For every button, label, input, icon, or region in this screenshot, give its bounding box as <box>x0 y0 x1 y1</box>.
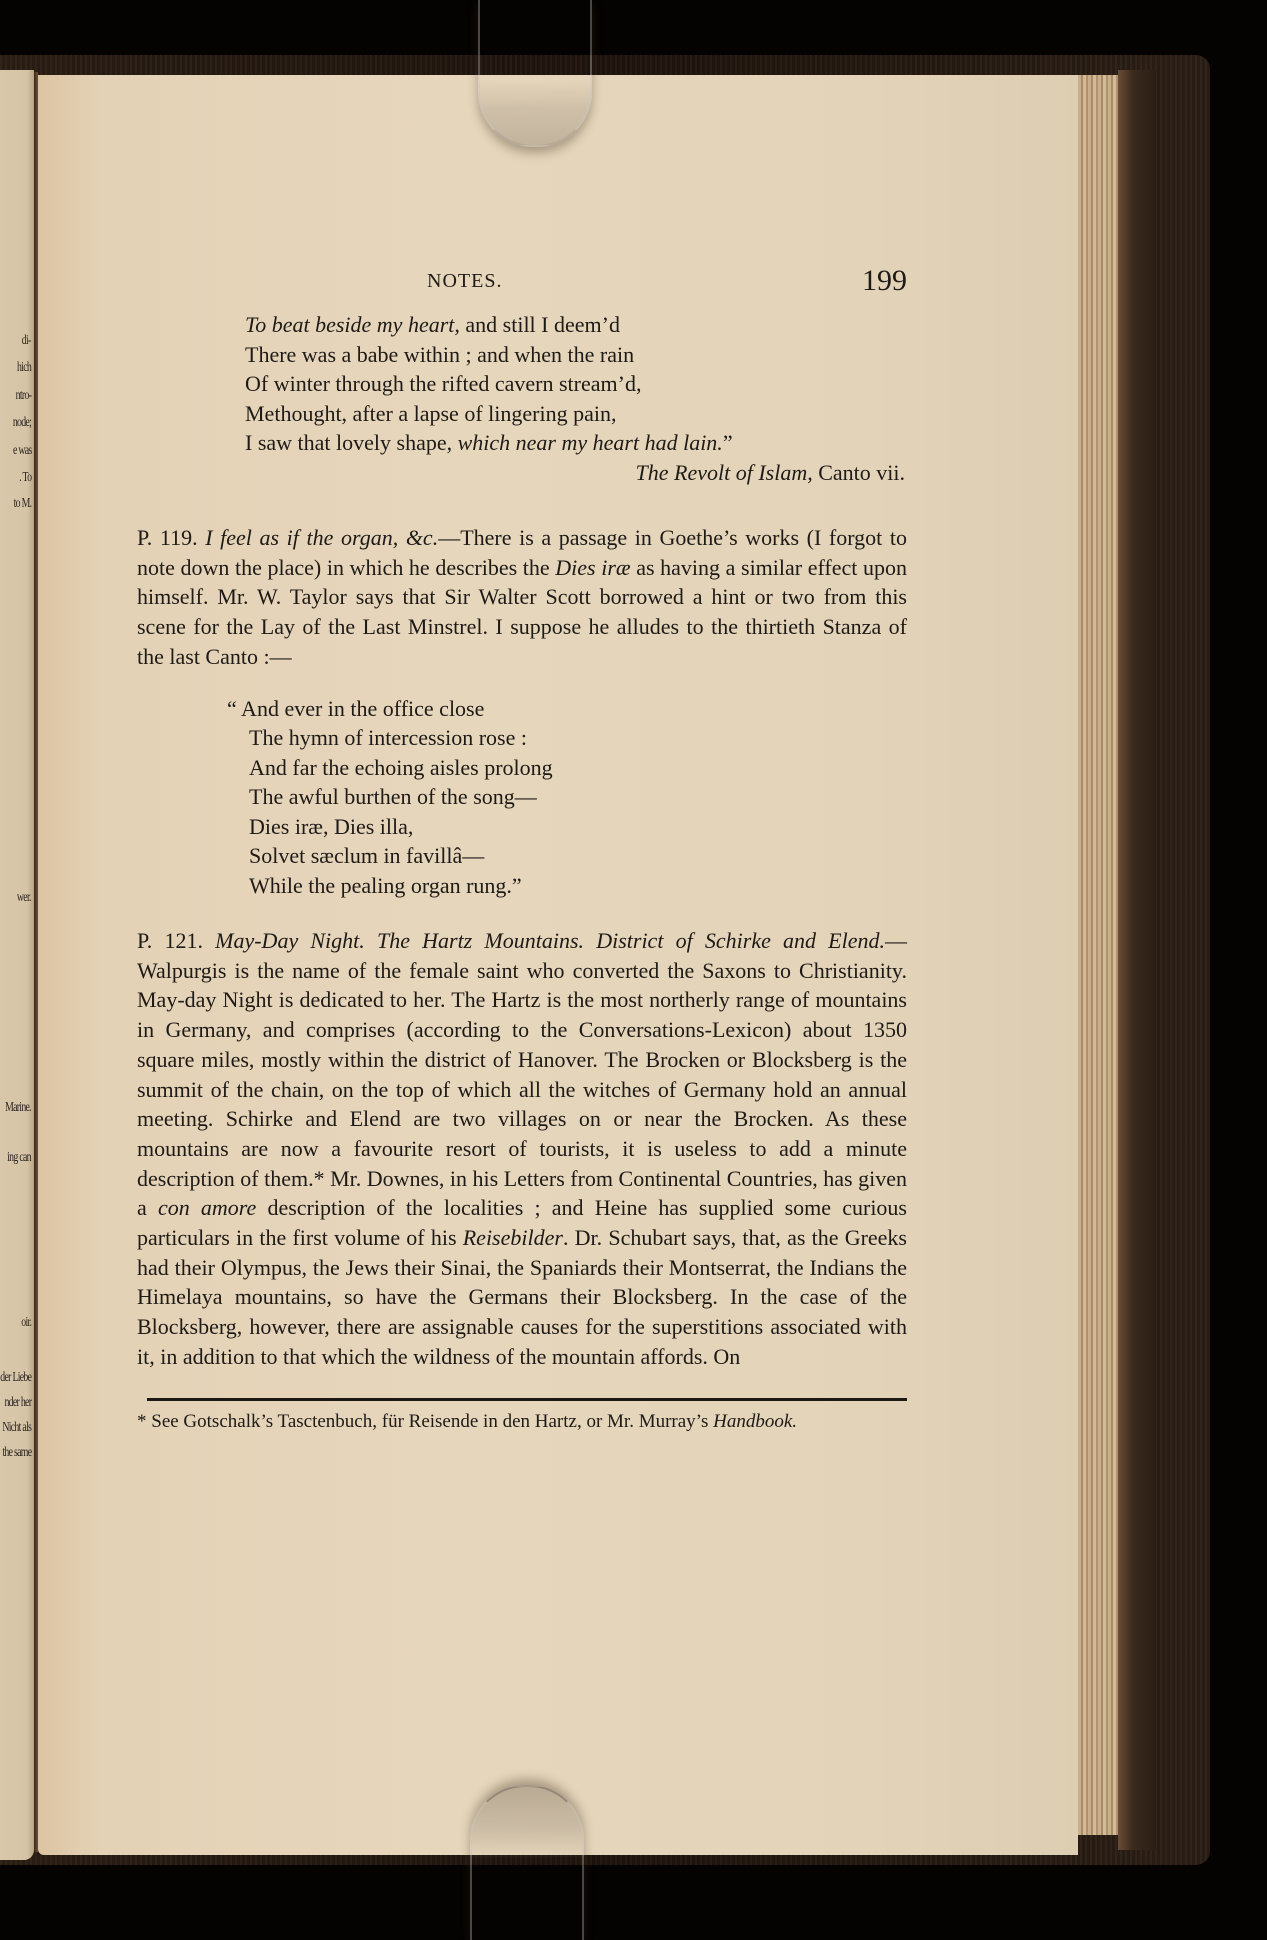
left-page-fragment: nder her <box>4 1395 31 1411</box>
verse-line: I saw that lovely shape, which near my h… <box>245 428 907 458</box>
quote-line: “ And ever in the office close <box>227 694 907 724</box>
running-head: NOTES. 199 <box>137 270 907 310</box>
footnote-divider <box>147 1398 907 1401</box>
verse-line: There was a babe within ; and when the r… <box>245 340 907 370</box>
page-edges <box>1078 75 1123 1835</box>
left-page-fragment: to M. <box>13 496 31 512</box>
left-page-fragment: node; <box>13 415 31 431</box>
running-title: NOTES. <box>427 270 502 293</box>
note-reference: P. 121. <box>137 928 215 953</box>
left-page-fragment: e was <box>12 443 31 459</box>
left-page-fragment: the same <box>2 1445 31 1461</box>
quote-line: And far the echoing aisles prolong <box>249 753 907 783</box>
quote-line: The hymn of intercession rose : <box>249 723 907 753</box>
quote-line: Dies iræ, Dies illa, <box>249 812 907 842</box>
verse-line: Methought, after a lapse of lingering pa… <box>245 399 907 429</box>
left-page-fragment: Marine. <box>5 1100 31 1116</box>
verse-line: To beat beside my heart, and still I dee… <box>245 310 907 340</box>
left-page-fragment: wer. <box>17 890 31 906</box>
verse-quotation: To beat beside my heart, and still I dee… <box>245 310 907 458</box>
bookmark-ribbon-top <box>478 0 592 147</box>
scott-quotation: “ And ever in the office close The hymn … <box>249 694 907 901</box>
left-page-fragment: di- <box>22 333 31 349</box>
verse-line: Of winter through the rifted cavern stre… <box>245 369 907 399</box>
quote-line: While the pealing organ rung.” <box>249 871 907 901</box>
page-text-block: NOTES. 199 To beat beside my heart, and … <box>137 270 907 1453</box>
bookmark-ribbon-bottom <box>470 1785 584 1940</box>
quote-line: Solvet sæclum in favillâ— <box>249 841 907 871</box>
note-reference: P. 119. <box>137 525 205 550</box>
footnote: * See Gotschalk’s Tasctenbuch, für Reise… <box>137 1409 907 1434</box>
left-page-fragment: der Liebe <box>0 1370 31 1386</box>
left-page-fragment: . To <box>19 470 31 486</box>
left-page-fragment: ntro- <box>15 388 31 404</box>
left-page-fragment: oir. <box>21 1315 31 1331</box>
quote-line: The awful burthen of the song— <box>249 782 907 812</box>
page-number: 199 <box>862 264 907 298</box>
verse-attribution: The Revolt of Islam, Canto vii. <box>137 458 907 488</box>
note-p121: P. 121. May-Day Night. The Hartz Mountai… <box>137 926 907 1372</box>
left-page-fragment: hich <box>17 360 31 376</box>
left-page-fragment: Nicht als <box>2 1420 31 1436</box>
cover-edge <box>1118 70 1156 1850</box>
left-page-fragment: ing can <box>7 1150 31 1166</box>
left-facing-page: di- hich ntro- node; e was . To to M. we… <box>0 70 34 1860</box>
note-p119: P. 119. I feel as if the organ, &c.—Ther… <box>137 523 907 672</box>
